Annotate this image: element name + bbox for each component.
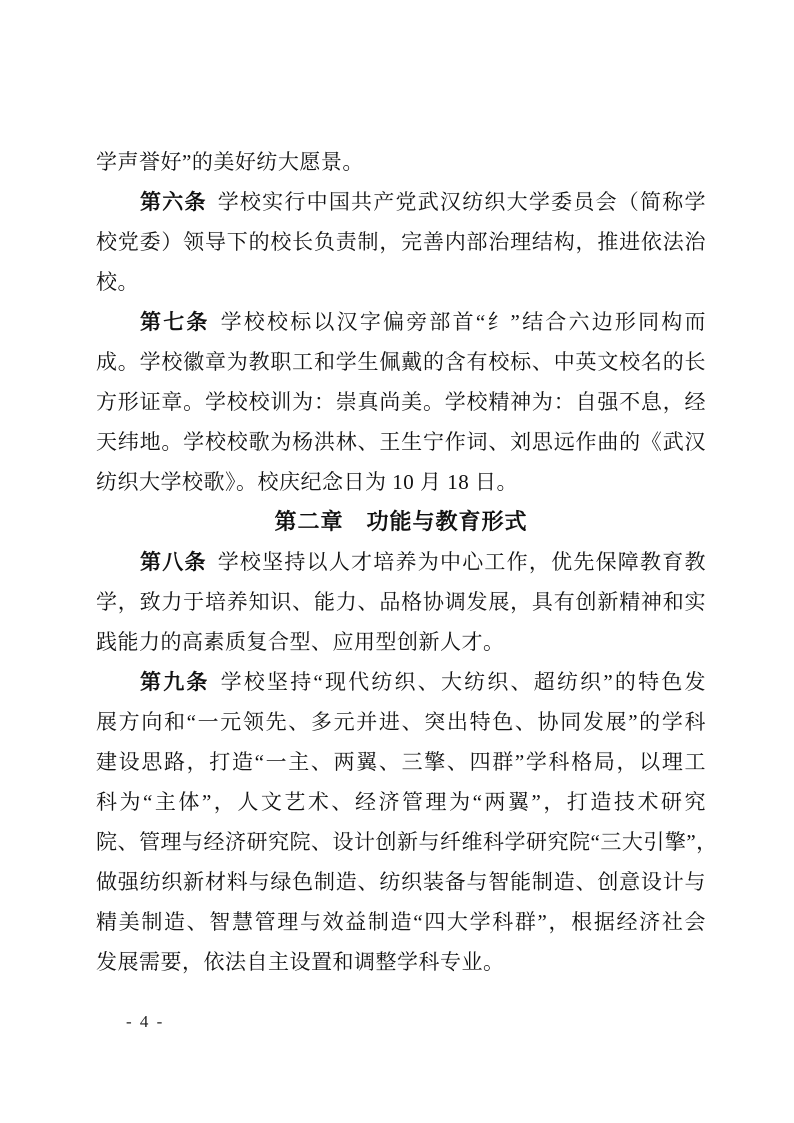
text-line: 第六条学校实行中国共产党武汉纺织大学委员会（简称学 — [96, 182, 706, 222]
text-line: 科为“主体”，人文艺术、经济管理为“两翼”，打造技术研究 — [96, 782, 706, 822]
text-line: 践能力的高素质复合型、应用型创新人才。 — [96, 622, 706, 662]
text-line: 第八条学校坚持以人才培养为中心工作，优先保障教育教 — [96, 542, 706, 582]
article-label: 第八条 — [140, 550, 207, 574]
text-line: 校。 — [96, 262, 706, 302]
text-line: 天纬地。学校校歌为杨洪林、王生宁作词、刘思远作曲的《武汉 — [96, 422, 706, 462]
text-line: 展方向和“一元领先、多元并进、突出特色、协同发展”的学科 — [96, 702, 706, 742]
text-line: 学声誉好”的美好纺大愿景。 — [96, 142, 706, 182]
document-page: 学声誉好”的美好纺大愿景。第六条学校实行中国共产党武汉纺织大学委员会（简称学校党… — [0, 0, 794, 1123]
text-line: 发展需要，依法自主设置和调整学科专业。 — [96, 942, 706, 982]
text-line: 第九条学校坚持“现代纺织、大纺织、超纺织”的特色发 — [96, 662, 706, 702]
page-number: - 4 - — [126, 1010, 164, 1034]
text-line: 建设思路，打造“一主、两翼、三擎、四群”学科格局，以理工 — [96, 742, 706, 782]
document-body: 学声誉好”的美好纺大愿景。第六条学校实行中国共产党武汉纺织大学委员会（简称学校党… — [96, 142, 706, 982]
chapter-heading: 第二章 功能与教育形式 — [96, 502, 706, 542]
text-line: 学，致力于培养知识、能力、品格协调发展，具有创新精神和实 — [96, 582, 706, 622]
text-line: 校党委）领导下的校长负责制，完善内部治理结构，推进依法治 — [96, 222, 706, 262]
text-line: 方形证章。学校校训为：崇真尚美。学校精神为：自强不息，经 — [96, 382, 706, 422]
text-line: 纺织大学校歌》。校庆纪念日为 10 月 18 日。 — [96, 462, 706, 502]
article-label: 第六条 — [140, 190, 207, 214]
text-line: 成。学校徽章为教职工和学生佩戴的含有校标、中英文校名的长 — [96, 342, 706, 382]
article-label: 第七条 — [140, 310, 210, 334]
text-line: 做强纺织新材料与绿色制造、纺织装备与智能制造、创意设计与 — [96, 862, 706, 902]
text-line: 第七条学校校标以汉字偏旁部首“纟”结合六边形同构而 — [96, 302, 706, 342]
text-line: 院、管理与经济研究院、设计创新与纤维科学研究院“三大引擎”， — [96, 822, 706, 862]
text-line: 精美制造、智慧管理与效益制造“四大学科群”，根据经济社会 — [96, 902, 706, 942]
article-label: 第九条 — [140, 670, 210, 694]
